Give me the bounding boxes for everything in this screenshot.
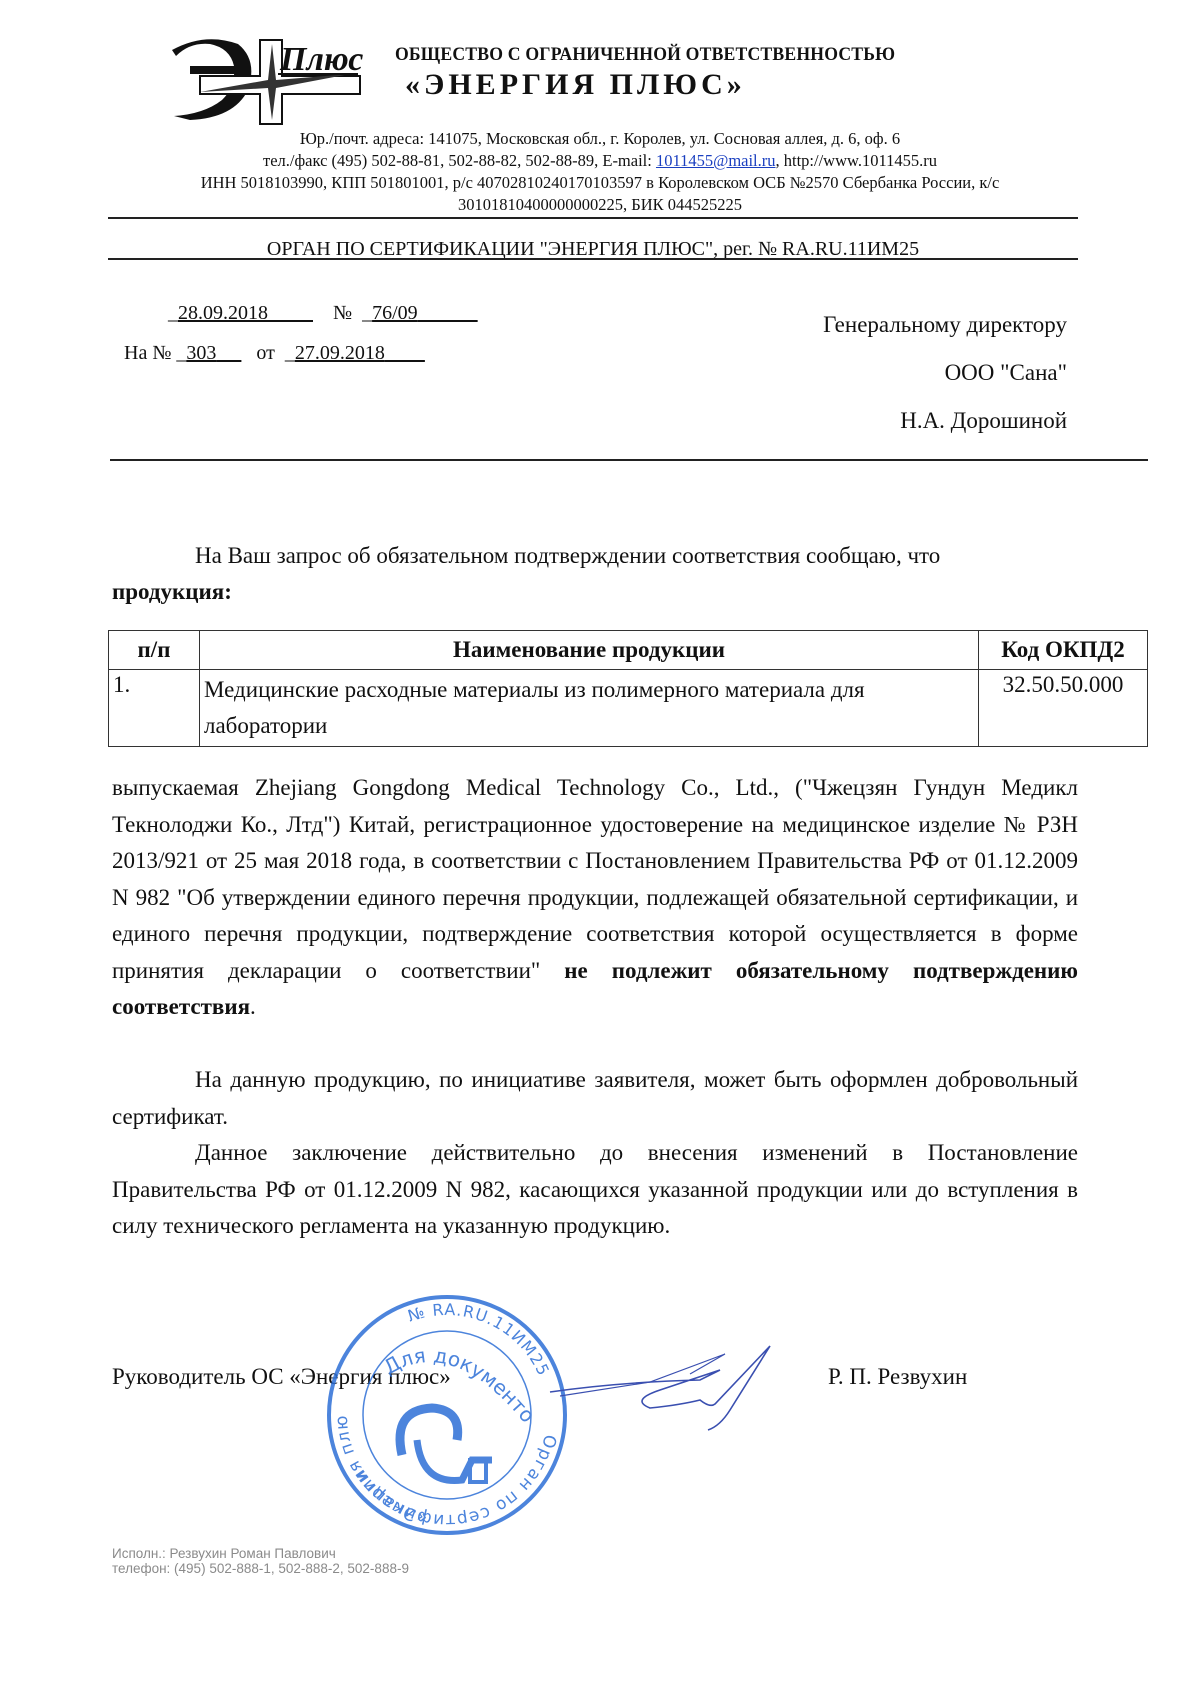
signatory-name: Р. П. Резвухин [828, 1364, 967, 1390]
in-reply-number: 303 [186, 342, 216, 364]
intro-bold-line: продукция: [112, 574, 1078, 611]
table-row: 1. Медицинские расходные материалы из по… [109, 670, 1148, 747]
conclusion-end: . [250, 994, 256, 1019]
phone-line: тел./факс (495) 502-88-81, 502-88-82, 50… [120, 150, 1080, 172]
bank-details-line2: 30101810400000000225, БИК 044525225 [120, 194, 1080, 216]
intro-bold-word: продукция: [112, 579, 232, 604]
validity-paragraph: Данное заключение действительно до внесе… [112, 1135, 1078, 1245]
header-okpd2-code: Код ОКПД2 [979, 631, 1148, 670]
round-seal-icon: Орган по сертификации «Энергия плюс» № R… [322, 1290, 572, 1540]
signature-scribble-icon [540, 1330, 800, 1440]
table-header-row: п/п Наименование продукции Код ОКПД2 [109, 631, 1148, 670]
outgoing-reference: _28.09.2018 № _76/09 [168, 302, 478, 325]
org-legal-form: ОБЩЕСТВО С ОГРАНИЧЕННОЙ ОТВЕТСТВЕННОСТЬЮ [395, 44, 895, 66]
org-name: «ЭНЕРГИЯ ПЛЮС» [405, 68, 746, 102]
in-reply-label: На № [124, 342, 171, 364]
header-divider-bottom [108, 258, 1078, 260]
row-product-name: Медицинские расходные материалы из полим… [200, 670, 979, 747]
certification-stamp: Орган по сертификации «Энергия плюс» № R… [322, 1290, 572, 1540]
handwritten-signature [540, 1330, 800, 1440]
header-product-name: Наименование продукции [200, 631, 979, 670]
main-paragraph: выпускаемая Zhejiang Gongdong Medical Te… [112, 770, 1078, 1026]
addressee-company: ООО "Сана" [945, 360, 1067, 386]
bank-details-line1: ИНН 5018103990, КПП 501801001, р/с 40702… [120, 172, 1080, 194]
header-divider-top [108, 217, 1078, 219]
executor-name: Исполн.: Резвухин Роман Павлович [112, 1546, 409, 1561]
row-okpd2-code: 32.50.50.000 [979, 670, 1148, 747]
intro-text: На Ваш запрос об обязательном подтвержде… [195, 543, 940, 568]
number-label: № [333, 302, 352, 324]
website-link[interactable]: http://www.1011455.ru [784, 151, 937, 170]
row-number: 1. [109, 670, 200, 747]
from-label: от [256, 342, 274, 364]
executor-phone: телефон: (495) 502-888-1, 502-888-2, 502… [112, 1561, 409, 1576]
phone-text: тел./факс (495) 502-88-81, 502-88-82, 50… [263, 151, 656, 170]
outgoing-date: 28.09.2018 [178, 302, 268, 324]
reference-divider [110, 459, 1148, 461]
outgoing-number: 76/09 [372, 302, 418, 324]
addressee-position: Генеральному директору [823, 312, 1067, 338]
contact-details: Юр./почт. адреса: 141075, Московская обл… [120, 128, 1080, 216]
executor-info: Исполн.: Резвухин Роман Павлович телефон… [112, 1546, 409, 1576]
separator: , [776, 151, 784, 170]
address-line: Юр./почт. адреса: 141075, Московская обл… [120, 128, 1080, 150]
products-table: п/п Наименование продукции Код ОКПД2 1. … [108, 630, 1148, 747]
in-reply-date: 27.09.2018 [295, 342, 385, 364]
email-link[interactable]: 1011455@mail.ru [656, 151, 776, 170]
voluntary-certificate-paragraph: На данную продукцию, по инициативе заяви… [112, 1062, 1078, 1135]
header-number: п/п [109, 631, 200, 670]
intro-paragraph: На Ваш запрос об обязательном подтвержде… [112, 538, 1078, 575]
addressee-name: Н.А. Дорошиной [900, 408, 1067, 434]
svg-text:Плюс: Плюс [279, 41, 363, 78]
in-reply-reference: На № _303 от _27.09.2018 [124, 342, 425, 365]
energia-plus-logo-icon: Плюс [160, 30, 365, 125]
company-logo: Плюс [160, 30, 365, 125]
main-text: выпускаемая Zhejiang Gongdong Medical Te… [112, 775, 1078, 983]
